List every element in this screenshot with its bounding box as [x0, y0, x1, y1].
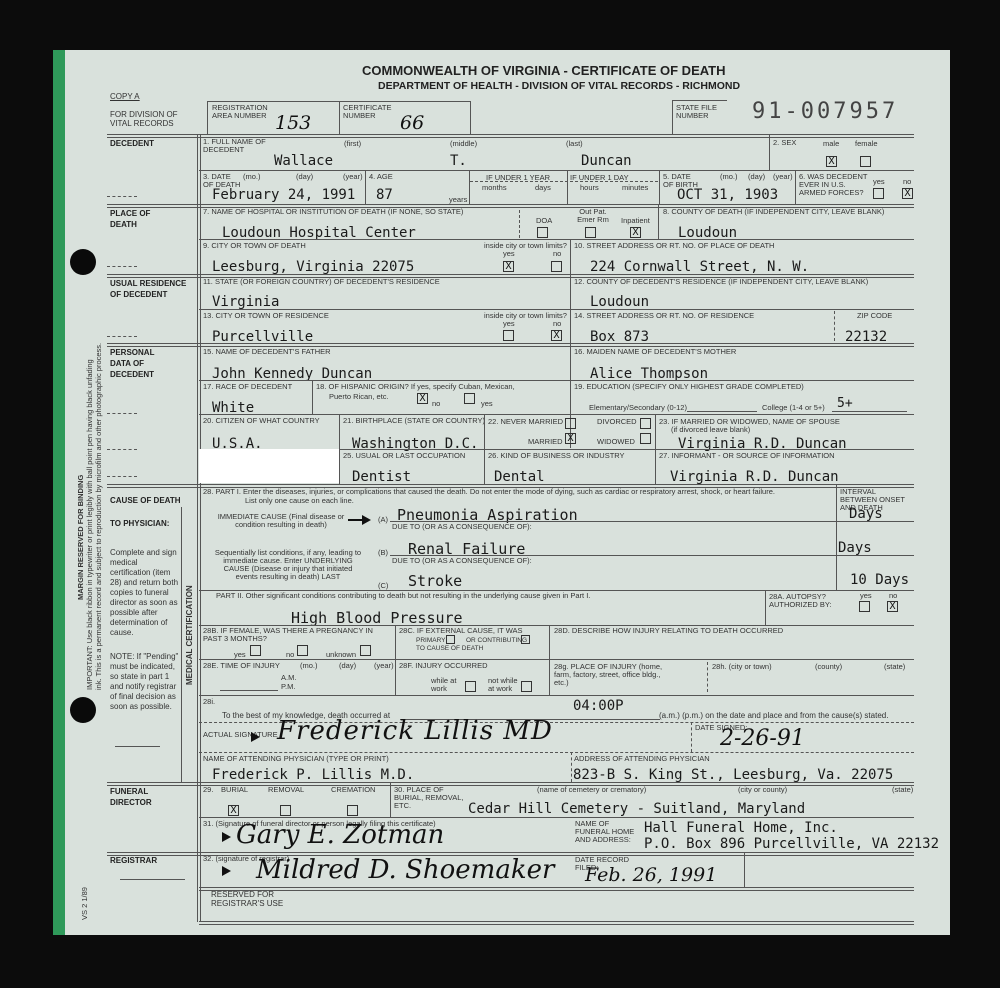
medical-certification-label: MEDICAL CERTIFICATION: [185, 585, 194, 685]
armed-no-label: no: [903, 178, 911, 186]
occupation-value: Dentist: [352, 469, 411, 485]
dob-mo-label: (mo.): [720, 173, 738, 181]
pregnancy-label: 28b. IF FEMALE, WAS THERE A PREGNANCY IN…: [203, 627, 393, 643]
date-signed-value: 2-26-91: [720, 726, 805, 751]
section-usual-residence: USUAL RESIDENCE OF DECEDENT: [110, 278, 190, 300]
hispanic-yes-checkbox[interactable]: [464, 393, 475, 404]
physician-name-value: Frederick P. Lillis M.D.: [212, 767, 414, 783]
days-label: days: [535, 184, 551, 192]
part1-label-2: List only one cause on each line.: [245, 497, 354, 505]
armed-no-checkbox[interactable]: X: [902, 188, 913, 199]
hospital-label: 7. NAME OF HOSPITAL OR INSTITUTION OF DE…: [203, 208, 463, 216]
hispanic-no-checkbox[interactable]: X: [417, 393, 428, 404]
physician-instructions: Complete and sign medical certification …: [110, 548, 180, 638]
cause-b-label: (B): [378, 549, 388, 557]
last-name-value: Duncan: [581, 153, 632, 169]
full-name-label: 1. FULL NAME OF DECEDENT: [203, 138, 273, 154]
informant-value: Virginia R.D. Duncan: [670, 469, 839, 485]
funeral-signature-arrow-icon: [222, 832, 231, 842]
arrow-icon: [362, 515, 371, 525]
signature-arrow-icon: [251, 732, 260, 742]
item-28i-label: 28i.: [203, 698, 215, 706]
sex-female-checkbox[interactable]: [860, 156, 871, 167]
am-label: A.M.: [281, 674, 296, 682]
never-married-label: 22. NEVER MARRIED: [488, 418, 563, 426]
funeral-home-address: P.O. Box 896 Purcellville, VA 22132: [644, 836, 939, 852]
doa-checkbox[interactable]: [537, 227, 548, 238]
cremation-label: CREMATION: [331, 786, 375, 794]
state-file-value: 91-007957: [752, 99, 898, 124]
occupation-label: 25. USUAL OR LAST OCCUPATION: [343, 452, 465, 460]
pregnancy-no-label: no: [286, 651, 294, 659]
armed-forces-label: 6. WAS DECEDENT EVER IN U.S. ARMED FORCE…: [799, 173, 869, 197]
primary-label: PRIMARY: [416, 637, 446, 645]
dod-mo-label: (mo.): [243, 173, 261, 181]
cause-c-interval: 10 Days: [850, 572, 909, 588]
binding-margin-stripe: [53, 50, 65, 935]
physician-address-value: 823-B S. King St., Leesburg, Va. 22075: [573, 767, 893, 783]
autopsy-no-label: no: [889, 592, 897, 600]
cause-a-interval: Days: [849, 506, 883, 522]
registrar-signature-arrow-icon: [222, 866, 231, 876]
county-of-death-label: 8. COUNTY OF DEATH (if independent city,…: [663, 208, 884, 216]
pregnancy-unknown-label: unknown: [326, 651, 356, 659]
hispanic-no-label: no: [432, 400, 440, 408]
pregnancy-no-checkbox[interactable]: [297, 645, 308, 656]
section-place-of-death: PLACE OF DEATH: [110, 208, 170, 230]
due-to-b-label: DUE TO (OR AS A CONSEQUENCE OF):: [392, 557, 532, 565]
disposition-label: 29.: [203, 786, 213, 794]
while-at-work-label: while at work: [431, 677, 461, 693]
outpat-label: Out Pat. Emer Rm: [573, 208, 613, 224]
residence-street-label: 14. STREET ADDRESS OR RT. NO. OF RESIDEN…: [574, 312, 754, 320]
married-checkbox[interactable]: X: [565, 433, 576, 444]
pregnancy-yes-checkbox[interactable]: [250, 645, 261, 656]
residence-county-label: 12. COUNTY OF DECEDENT'S RESIDENCE (if i…: [574, 278, 868, 286]
hispanic-label: 18. OF HISPANIC ORIGIN? If yes, specify …: [316, 383, 515, 391]
never-married-checkbox[interactable]: [565, 418, 576, 429]
registration-area-value: 153: [275, 112, 311, 134]
residence-limits-no-checkbox[interactable]: X: [551, 330, 562, 341]
first-label: (first): [344, 140, 361, 148]
immediate-cause-label: IMMEDIATE CAUSE (Final disease or condit…: [216, 513, 346, 529]
dob-year-label: (year): [773, 173, 793, 181]
outpat-checkbox[interactable]: [585, 227, 596, 238]
education-label: 19. EDUCATION (Specify only highest grad…: [574, 383, 804, 391]
autopsy-yes-label: yes: [860, 592, 872, 600]
section-funeral-director: FUNERAL DIRECTOR: [110, 786, 170, 808]
cremation-checkbox[interactable]: [347, 805, 358, 816]
margin-important-2: ink. This is a permanent record and subj…: [94, 343, 103, 690]
punch-hole: [70, 249, 96, 275]
middle-name-value: T.: [450, 153, 467, 169]
state-file-label: STATE FILE NUMBER: [676, 104, 726, 120]
business-value: Dental: [494, 469, 545, 485]
section-cause-of-death: CAUSE OF DEATH: [110, 495, 181, 506]
doa-label: DOA: [536, 217, 552, 225]
pm-label: P.M.: [281, 683, 295, 691]
part2-label: PART II. Other significant conditions co…: [216, 592, 590, 600]
city-county-label: (city or county): [738, 786, 787, 794]
injury-description-label: 28d. DESCRIBE HOW INJURY RELATING TO DEA…: [554, 627, 783, 635]
age-label: 4. AGE: [369, 173, 393, 181]
months-label: months: [482, 184, 507, 192]
city-of-death-label: 9. CITY OR TOWN OF DEATH: [203, 242, 306, 250]
death-limits-no-checkbox[interactable]: [551, 261, 562, 272]
death-street-value: 224 Cornwall Street, N. W.: [590, 259, 809, 275]
to-physician-heading: TO PHYSICIAN:: [110, 518, 170, 529]
middle-label: (middle): [450, 140, 477, 148]
residence-limits-yes-label: yes: [503, 320, 515, 328]
section-registrar: REGISTRAR: [110, 855, 157, 866]
citizen-label: 20. CITIZEN OF WHAT COUNTRY: [203, 417, 320, 425]
injury-county-label: (county): [815, 663, 842, 671]
margin-title: MARGIN RESERVED FOR BINDING: [76, 475, 85, 600]
college-label: College (1-4 or 5+): [762, 404, 825, 412]
death-limits-yes-checkbox[interactable]: X: [503, 261, 514, 272]
residence-limits-yes-checkbox[interactable]: [503, 330, 514, 341]
dod-day-label: (day): [296, 173, 313, 181]
pregnancy-yes-label: yes: [234, 651, 246, 659]
funeral-home-label: NAME OF FUNERAL HOME AND ADDRESS:: [575, 820, 645, 844]
cause-c-value: Stroke: [408, 572, 462, 590]
injury-year-label: (year): [374, 662, 394, 670]
copy-label: COPY A: [110, 93, 140, 101]
certificate-subtitle: DEPARTMENT OF HEALTH - DIVISION OF VITAL…: [378, 80, 740, 92]
place-of-burial-value: Cedar Hill Cemetery - Suitland, Maryland: [468, 801, 805, 817]
divorced-checkbox[interactable]: [640, 418, 651, 429]
injury-state-label: (state): [884, 663, 905, 671]
residence-city-label: 13. CITY OR TOWN OF RESIDENCE: [203, 312, 329, 320]
primary-checkbox[interactable]: [446, 635, 455, 644]
hispanic-label-2: Puerto Rican, etc.: [329, 393, 389, 401]
time-suffix-label: (a.m.) (p.m.) on the date and place and …: [659, 712, 888, 720]
margin-important: IMPORTANT: Use black ribbon in typewrite…: [85, 359, 94, 690]
due-to-a-label: DUE TO (OR AS A CONSEQUENCE OF):: [392, 523, 532, 531]
physician-address-label: ADDRESS OF ATTENDING PHYSICIAN: [574, 755, 710, 763]
minutes-label: minutes: [622, 184, 648, 192]
mother-label: 16. MAIDEN NAME OF DECEDENT'S MOTHER: [574, 348, 736, 356]
physician-name-label: NAME OF ATTENDING PHYSICIAN (Type or Pri…: [203, 755, 389, 763]
cause-c-label: (C): [378, 582, 388, 590]
city-of-death-value: Leesburg, Virginia 22075: [212, 259, 414, 275]
death-limits-yes-label: yes: [503, 250, 515, 258]
registrar-signature: Mildred D. Shoemaker: [256, 855, 554, 885]
injury-city-label: 28h. (city or town): [712, 663, 772, 671]
burial-label: BURIAL: [221, 786, 248, 794]
place-of-burial-label: 30. PLACE OF BURIAL, REMOVAL, ETC.: [394, 786, 469, 810]
for-division-label: FOR DIVISION OF VITAL RECORDS: [110, 110, 178, 128]
external-cause-label: 28c. IF EXTERNAL CAUSE, IT WAS: [399, 627, 523, 635]
first-name-value: Wallace: [274, 153, 333, 169]
birthplace-label: 21. BIRTHPLACE (state or country): [343, 417, 485, 425]
section-personal-data: PERSONAL DATA OF DECEDENT: [110, 347, 170, 380]
contributing-checkbox[interactable]: [521, 635, 530, 644]
date-filed-value: Feb. 26, 1991: [585, 864, 717, 886]
actual-signature-label: ACTUAL SIGNATURE: [203, 731, 278, 739]
form-code: VS 2 1/89: [80, 887, 89, 920]
to-cause-label: TO CAUSE OF DEATH: [416, 645, 483, 653]
injury-place-label: 28g. PLACE OF INJURY (home, farm, factor…: [554, 663, 674, 687]
registration-area-label: REGISTRATION AREA NUMBER: [212, 104, 282, 120]
residence-state-label: 11. STATE (OR FOREIGN COUNTRY) OF DECEDE…: [203, 278, 440, 286]
hispanic-yes-label: yes: [481, 400, 493, 408]
physician-signature: Frederick Lillis MD: [277, 716, 553, 746]
pregnancy-unknown-checkbox[interactable]: [360, 645, 371, 656]
injury-day-label: (day): [339, 662, 356, 670]
funeral-director-signature: Gary E. Zotman: [236, 820, 444, 850]
injury-time-label: 28e. TIME OF INJURY: [203, 662, 280, 670]
cemetery-name-label: (name of cemetery or crematory): [537, 786, 646, 794]
redacted-field: [199, 449, 339, 483]
age-value: 87: [376, 187, 393, 203]
pending-note: NOTE: If "Pending" must be indicated, so…: [110, 652, 180, 712]
cause-a-label: (A): [378, 516, 388, 524]
injury-occurred-label: 28f. INJURY OCCURRED: [399, 662, 488, 670]
section-decedent: DECEDENT: [110, 138, 154, 149]
certificate-title: COMMONWEALTH OF VIRGINIA - CERTIFICATE O…: [362, 63, 726, 78]
sex-label: 2. SEX: [773, 139, 796, 147]
injury-mo-label: (mo.): [300, 662, 318, 670]
inpatient-label: Inpatient: [621, 217, 650, 225]
dod-value: February 24, 1991: [212, 187, 355, 203]
armed-yes-label: yes: [873, 178, 885, 186]
contributing-label: or CONTRIBUTING: [466, 637, 527, 645]
death-street-label: 10. STREET ADDRESS OR RT. NO. OF PLACE O…: [574, 242, 774, 250]
sequential-label: Sequentially list conditions, if any, le…: [213, 549, 363, 581]
dob-value: OCT 31, 1903: [677, 187, 778, 203]
burial-checkbox[interactable]: X: [228, 805, 239, 816]
hours-label: hours: [580, 184, 599, 192]
father-label: 15. NAME OF DECEDENT'S FATHER: [203, 348, 331, 356]
inpatient-checkbox[interactable]: X: [630, 227, 641, 238]
autopsy-label: 28a. AUTOPSY? AUTHORIZED BY:: [769, 593, 849, 609]
removal-label: REMOVAL: [268, 786, 304, 794]
funeral-home-name: Hall Funeral Home, Inc.: [644, 820, 838, 836]
not-while-at-work-label: not while at work: [488, 677, 523, 693]
female-label: female: [855, 140, 878, 148]
death-limits-no-label: no: [553, 250, 561, 258]
dob-day-label: (day): [748, 173, 765, 181]
time-of-death-value: 04:00P: [573, 698, 624, 714]
residence-limits-no-label: no: [553, 320, 561, 328]
spouse-label-2: (if divorced leave blank): [671, 426, 750, 434]
last-label: (last): [566, 140, 583, 148]
married-label: MARRIED: [528, 438, 563, 446]
cause-b-interval: Days: [838, 540, 872, 556]
race-label: 17. RACE OF DECEDENT: [203, 383, 292, 391]
widowed-checkbox[interactable]: [640, 433, 651, 444]
male-label: male: [823, 140, 839, 148]
punch-hole: [70, 697, 96, 723]
while-at-work-checkbox[interactable]: [465, 681, 476, 692]
certificate-number-label: CERTIFICATE NUMBER: [343, 104, 403, 120]
removal-checkbox[interactable]: [280, 805, 291, 816]
reserved-for-registrar-label: RESERVED FOR REGISTRAR'S USE: [211, 891, 291, 908]
college-value: 5+: [837, 396, 853, 411]
residence-county-value: Loudoun: [590, 294, 649, 310]
not-while-at-work-checkbox[interactable]: [521, 681, 532, 692]
autopsy-no-checkbox[interactable]: X: [887, 601, 898, 612]
zip-label: ZIP CODE: [857, 312, 892, 320]
informant-label: 27. INFORMANT - OR SOURCE OF INFORMATION: [659, 452, 835, 460]
dod-year-label: (year): [343, 173, 363, 181]
armed-yes-checkbox[interactable]: [873, 188, 884, 199]
elementary-label: Elementary/Secondary (0-12): [589, 404, 687, 412]
sex-male-checkbox[interactable]: X: [826, 156, 837, 167]
residence-state-value: Virginia: [212, 294, 279, 310]
business-label: 26. KIND OF BUSINESS OR INDUSTRY: [488, 452, 625, 460]
autopsy-yes-checkbox[interactable]: [859, 601, 870, 612]
divorced-label: DIVORCED: [597, 418, 637, 426]
years-label: years: [449, 196, 467, 204]
widowed-label: WIDOWED: [597, 438, 635, 446]
burial-state-label: (state): [892, 786, 913, 794]
certificate-number-value: 66: [400, 112, 424, 134]
